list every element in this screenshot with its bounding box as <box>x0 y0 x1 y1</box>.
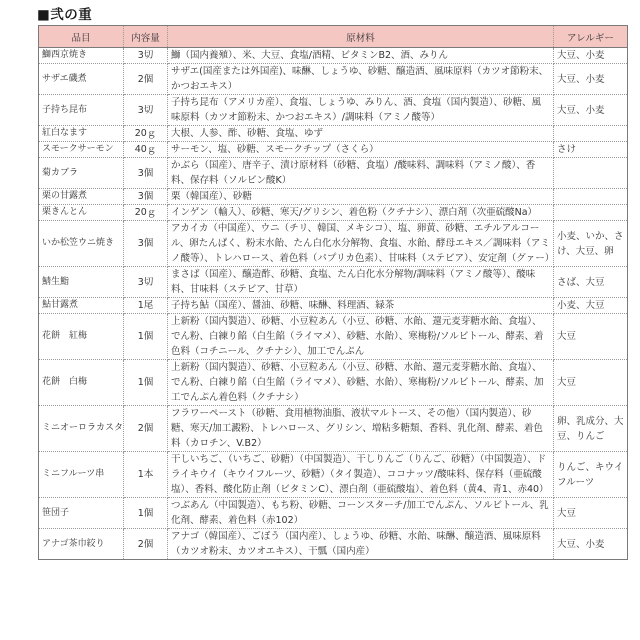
item-name-cell: サザエ磯煮 <box>39 64 124 95</box>
allergy-cell: 大豆、小麦 <box>554 64 628 95</box>
ingredients-cell: 上新粉（国内製造）、砂糖、小豆粒あん（小豆、砂糖、水飴、還元麦芽糖水飴、食塩）、… <box>168 314 554 360</box>
col-header-item: 品目 <box>39 26 124 48</box>
item-name-cell: いか松笠ウニ焼き <box>39 221 124 267</box>
item-name-cell: 花餅 白梅 <box>39 360 124 406</box>
allergy-cell <box>554 205 628 221</box>
ingredients-cell: 鰤（国内養殖）、米、大豆、食塩/酒精、ビタミンB2、酒、みりん <box>168 48 554 64</box>
col-header-allergy: アレルギー <box>554 26 628 48</box>
amount-cell: 20ｇ <box>124 205 168 221</box>
item-name-cell: 鰤西京焼き <box>39 48 124 64</box>
amount-cell: 1個 <box>124 498 168 529</box>
table-row: 鮎甘露煮 1尾 子持ち鮎（国産）、醤油、砂糖、味醂、料理酒、緑茶 小麦、大豆 <box>39 298 628 314</box>
table-row: サザエ磯煮 2個 サザエ(国産または外国産)、味醂、しょうゆ、砂糖、醸造酒、風味… <box>39 64 628 95</box>
allergy-cell <box>554 189 628 205</box>
amount-cell: 3切 <box>124 48 168 64</box>
table-row: 鰤西京焼き 3切 鰤（国内養殖）、米、大豆、食塩/酒精、ビタミンB2、酒、みりん… <box>39 48 628 64</box>
table-body: 鰤西京焼き 3切 鰤（国内養殖）、米、大豆、食塩/酒精、ビタミンB2、酒、みりん… <box>39 48 628 560</box>
item-name-cell: 栗の甘露煮 <box>39 189 124 205</box>
allergy-cell: 大豆 <box>554 498 628 529</box>
item-name-cell: ミニフルーツ串 <box>39 452 124 498</box>
table-row: 笹団子 1個 つぶあん（中国製造）、もち粉、砂糖、コーンスターチ/加工でんぷん、… <box>39 498 628 529</box>
ingredients-cell: インゲン（輸入）、砂糖、寒天/グリシン、着色粉（クチナシ）、漂白剤（次亜硫酸Na… <box>168 205 554 221</box>
amount-cell: 3切 <box>124 267 168 298</box>
table-row: 子持ち昆布 3切 子持ち昆布（アメリカ産）、食塩、しょうゆ、みりん、酒、食塩（国… <box>39 95 628 126</box>
amount-cell: 2個 <box>124 64 168 95</box>
ingredients-cell: 栗（韓国産）、砂糖 <box>168 189 554 205</box>
item-name-cell: 鮎甘露煮 <box>39 298 124 314</box>
ingredients-cell: フラワーペースト（砂糖、食用植物油脂、液状マルトース、その他）（国内製造）、砂糖… <box>168 406 554 452</box>
ingredients-cell: つぶあん（中国製造）、もち粉、砂糖、コーンスターチ/加工でんぷん、ソルビトール、… <box>168 498 554 529</box>
ingredients-cell: サザエ(国産または外国産)、味醂、しょうゆ、砂糖、醸造酒、風味原料（カツオ節粉末… <box>168 64 554 95</box>
item-name-cell: 子持ち昆布 <box>39 95 124 126</box>
allergy-cell: 大豆 <box>554 314 628 360</box>
amount-cell: 1本 <box>124 452 168 498</box>
table-row: スモークサーモン 40ｇ サーモン、塩、砂糖、スモークチップ（さくら） さけ <box>39 142 628 158</box>
page: ■弐の重 品目 内容量 原材料 アレルギー 鰤西京焼き 3切 鰤（国内養殖）、米… <box>0 0 640 640</box>
table-row: アナゴ茶巾絞り 2個 アナゴ（韓国産）、ごぼう（国内産）、しょうゆ、砂糖、水飴、… <box>39 529 628 560</box>
table-row: 花餅 白梅 1個 上新粉（国内製造）、砂糖、小豆粒あん（小豆、砂糖、水飴、還元麦… <box>39 360 628 406</box>
col-header-amount: 内容量 <box>124 26 168 48</box>
allergy-cell: 大豆、小麦 <box>554 48 628 64</box>
amount-cell: 20ｇ <box>124 126 168 142</box>
table-row: 栗きんとん 20ｇ インゲン（輸入）、砂糖、寒天/グリシン、着色粉（クチナシ）、… <box>39 205 628 221</box>
table-row: いか松笠ウニ焼き 3個 アカイカ（中国産）、ウニ（チリ、韓国、メキシコ）、塩、卵… <box>39 221 628 267</box>
item-name-cell: 栗きんとん <box>39 205 124 221</box>
col-header-ingredients: 原材料 <box>168 26 554 48</box>
amount-cell: 1個 <box>124 314 168 360</box>
allergy-cell: 小麦、大豆 <box>554 298 628 314</box>
ingredients-cell: 子持ち鮎（国産）、醤油、砂糖、味醂、料理酒、緑茶 <box>168 298 554 314</box>
item-name-cell: アナゴ茶巾絞り <box>39 529 124 560</box>
amount-cell: 40ｇ <box>124 142 168 158</box>
allergy-cell: 大豆 <box>554 360 628 406</box>
allergy-cell: 大豆、小麦 <box>554 95 628 126</box>
allergy-cell: さけ <box>554 142 628 158</box>
amount-cell: 3個 <box>124 221 168 267</box>
ingredients-cell: 大根、人参、酢、砂糖、食塩、ゆず <box>168 126 554 142</box>
allergy-cell <box>554 126 628 142</box>
allergy-cell: さば、大豆 <box>554 267 628 298</box>
table-row: 紅白なます 20ｇ 大根、人参、酢、砂糖、食塩、ゆず <box>39 126 628 142</box>
ingredients-cell: 子持ち昆布（アメリカ産）、食塩、しょうゆ、みりん、酒、食塩（国内製造）、砂糖、風… <box>168 95 554 126</box>
item-name-cell: ミニオーロラカスタード <box>39 406 124 452</box>
ingredients-cell: サーモン、塩、砂糖、スモークチップ（さくら） <box>168 142 554 158</box>
table-row: ミニフルーツ串 1本 干しいちご、（いちご、砂糖）（中国製造）、干しりんご（りん… <box>39 452 628 498</box>
table-row: 花餅 紅梅 1個 上新粉（国内製造）、砂糖、小豆粒あん（小豆、砂糖、水飴、還元麦… <box>39 314 628 360</box>
ingredients-cell: かぶら（国産）、唐辛子、漬け原材料（砂糖、食塩）/酸味料、調味料（アミノ酸）、香… <box>168 158 554 189</box>
allergy-cell: りんご、キウイフルーツ <box>554 452 628 498</box>
page-title: ■弐の重 <box>37 3 92 23</box>
item-name-cell: スモークサーモン <box>39 142 124 158</box>
amount-cell: 3個 <box>124 158 168 189</box>
amount-cell: 2個 <box>124 406 168 452</box>
allergy-cell: 卵、乳成分、大豆、りんご <box>554 406 628 452</box>
item-name-cell: 菊カブラ <box>39 158 124 189</box>
table-row: ミニオーロラカスタード 2個 フラワーペースト（砂糖、食用植物油脂、液状マルトー… <box>39 406 628 452</box>
item-name-cell: 紅白なます <box>39 126 124 142</box>
table-row: 鯖生鮨 3切 まさば（国産）、醸造酢、砂糖、食塩、たん白化水分解物/調味料（アミ… <box>39 267 628 298</box>
amount-cell: 1個 <box>124 360 168 406</box>
ingredients-cell: アカイカ（中国産）、ウニ（チリ、韓国、メキシコ）、塩、卵黄、砂糖、エチルアルコー… <box>168 221 554 267</box>
table-row: 栗の甘露煮 3個 栗（韓国産）、砂糖 <box>39 189 628 205</box>
ingredients-cell: 上新粉（国内製造）、砂糖、小豆粒あん（小豆、砂糖、水飴、還元麦芽糖水飴、食塩）、… <box>168 360 554 406</box>
item-name-cell: 鯖生鮨 <box>39 267 124 298</box>
ingredients-cell: まさば（国産）、醸造酢、砂糖、食塩、たん白化水分解物/調味料（アミノ酸等）、酸味… <box>168 267 554 298</box>
ingredients-cell: 干しいちご、（いちご、砂糖）（中国製造）、干しりんご（りんご、砂糖）（中国製造）… <box>168 452 554 498</box>
table-row: 菊カブラ 3個 かぶら（国産）、唐辛子、漬け原材料（砂糖、食塩）/酸味料、調味料… <box>39 158 628 189</box>
ingredient-table: 品目 内容量 原材料 アレルギー 鰤西京焼き 3切 鰤（国内養殖）、米、大豆、食… <box>38 25 628 560</box>
allergy-cell: 小麦、いか、さけ、大豆、卵 <box>554 221 628 267</box>
ingredients-cell: アナゴ（韓国産）、ごぼう（国内産）、しょうゆ、砂糖、水飴、味醂、醸造酒、風味原料… <box>168 529 554 560</box>
amount-cell: 3切 <box>124 95 168 126</box>
allergy-cell: 大豆、小麦 <box>554 529 628 560</box>
header-row: 品目 内容量 原材料 アレルギー <box>39 26 628 48</box>
allergy-cell <box>554 158 628 189</box>
item-name-cell: 笹団子 <box>39 498 124 529</box>
item-name-cell: 花餅 紅梅 <box>39 314 124 360</box>
amount-cell: 2個 <box>124 529 168 560</box>
amount-cell: 3個 <box>124 189 168 205</box>
amount-cell: 1尾 <box>124 298 168 314</box>
